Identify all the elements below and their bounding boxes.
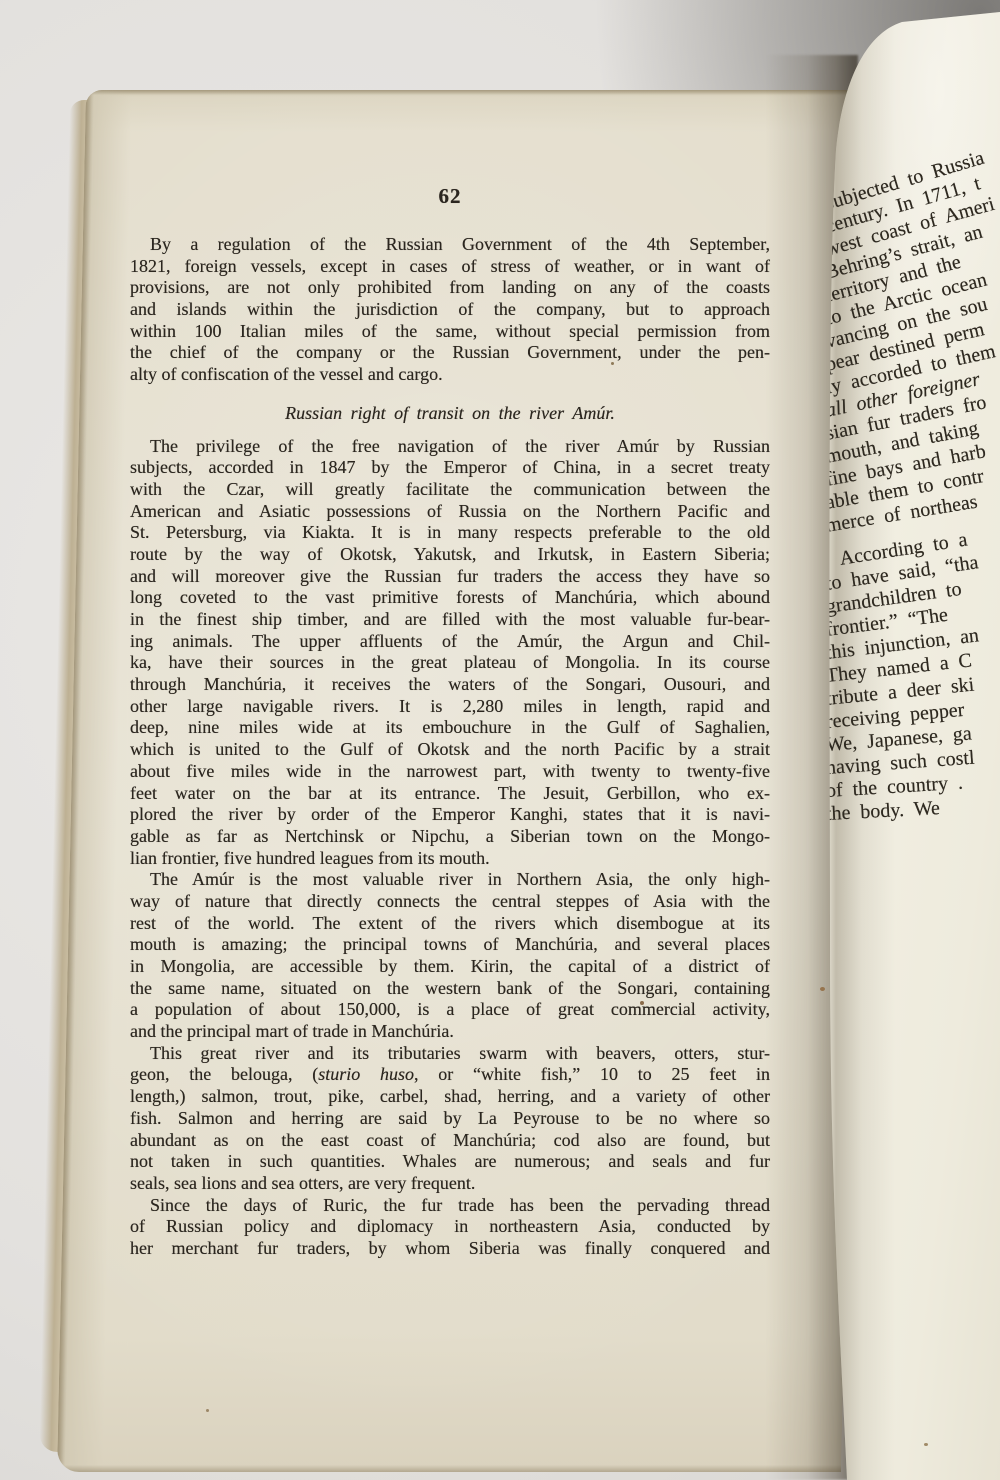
page-number: 62 — [130, 184, 770, 208]
text-line: of Russian policy and diplomacy in north… — [130, 1216, 770, 1238]
text-line: subjects, accorded in 1847 by the Empero… — [130, 457, 770, 479]
paragraph-fur-trade: Since the days of Ruric, the fur trade h… — [130, 1195, 770, 1260]
text-line: 1821, foreign vessels, except in cases o… — [130, 256, 770, 278]
paper-speck — [206, 1409, 209, 1412]
text-line: in the finest ship timber, and are fille… — [130, 609, 770, 631]
text-line: way of nature that directly connects the… — [130, 891, 770, 913]
text-line: the same name, situated on the western b… — [130, 978, 770, 1000]
text-segment: , or “white fish,” 10 to 25 feet in — [414, 1064, 770, 1084]
paper-speck — [611, 362, 614, 365]
text-line: gable as far as Nertchinsk or Nipchu, a … — [130, 826, 770, 848]
text-line: St. Petersburg, via Kiakta. It is in man… — [130, 522, 770, 544]
left-page-text: 62 By a regulation of the Russian Govern… — [130, 184, 770, 1260]
paragraph-regulation: By a regulation of the Russian Governmen… — [130, 234, 770, 386]
text-line: geon, the belouga, (sturio huso, or “whi… — [130, 1064, 770, 1086]
text-line: and islands within the jurisdiction of t… — [130, 299, 770, 321]
text-line: alty of confiscation of the vessel and c… — [130, 364, 770, 386]
text-line: long coveted to the vast primitive fores… — [130, 587, 770, 609]
text-line: feet water on the bar at its entrance. T… — [130, 783, 770, 805]
text-line: which is united to the Gulf of Okotsk an… — [130, 739, 770, 761]
text-line: length,) salmon, trout, pike, carbel, sh… — [130, 1086, 770, 1108]
text-segment: geon, the belouga, ( — [130, 1064, 318, 1084]
text-line: abundant as on the east coast of Manchúr… — [130, 1130, 770, 1152]
text-line: deep, nine miles wide at its embouchure … — [130, 717, 770, 739]
text-line: seals, sea lions and sea otters, are ver… — [130, 1173, 770, 1195]
text-line: The Amúr is the most valuable river in N… — [130, 869, 770, 891]
text-line: the chief of the company or the Russian … — [130, 342, 770, 364]
paragraph-amur-valuable: The Amúr is the most valuable river in N… — [130, 869, 770, 1043]
text-line: her merchant fur traders, by whom Siberi… — [130, 1238, 770, 1260]
text-line: and will moreover give the Russian fur t… — [130, 566, 770, 588]
text-line: Since the days of Ruric, the fur trade h… — [130, 1195, 770, 1217]
text-line: not taken in such quantities. Whales are… — [130, 1151, 770, 1173]
paragraph-navigation-privilege: The privilege of the free navigation of … — [130, 436, 770, 870]
text-line: The privilege of the free navigation of … — [130, 436, 770, 458]
text-line: the body. We — [825, 797, 940, 826]
text-line: plored the river by order of the Emperor… — [130, 804, 770, 826]
text-segment: sturio huso — [318, 1064, 414, 1084]
text-line: with the Czar, will greatly facilitate t… — [130, 479, 770, 501]
paper-speck — [820, 987, 825, 991]
text-line: American and Asiatic possessions of Russ… — [130, 501, 770, 523]
text-line: through Manchúria, it receives the water… — [130, 674, 770, 696]
text-line: rest of the world. The extent of the riv… — [130, 913, 770, 935]
text-line: provisions, are not only prohibited from… — [130, 277, 770, 299]
text-line: ing animals. The upper affluents of the … — [130, 631, 770, 653]
text-line: other large navigable rivers. It is 2,28… — [130, 696, 770, 718]
text-line: By a regulation of the Russian Governmen… — [130, 234, 770, 256]
text-line: fish. Salmon and herring are said by La … — [130, 1108, 770, 1130]
text-line: This great river and its tributaries swa… — [130, 1043, 770, 1065]
text-line: a population of about 150,000, is a plac… — [130, 999, 770, 1021]
text-line: and the principal mart of trade in Manch… — [130, 1021, 770, 1043]
text-line: within 100 Italian miles of the same, wi… — [130, 321, 770, 343]
text-line: ka, have their sources in the great plat… — [130, 652, 770, 674]
book-photo: 62 By a regulation of the Russian Govern… — [0, 0, 1000, 1480]
text-line: in Mongolia, are accessible by them. Kir… — [130, 956, 770, 978]
paragraph-river-fauna: This great river and its tributaries swa… — [130, 1043, 770, 1195]
text-line: lian frontier, five hundred leagues from… — [130, 848, 770, 870]
text-line: mouth is amazing; the principal towns of… — [130, 934, 770, 956]
paper-speck — [924, 1443, 928, 1446]
section-heading: Russian right of transit on the river Am… — [130, 403, 770, 425]
text-line: about five miles wide in the narrowest p… — [130, 761, 770, 783]
text-line: route by the way of Okotsk, Yakutsk, and… — [130, 544, 770, 566]
paper-speck — [640, 1001, 644, 1005]
